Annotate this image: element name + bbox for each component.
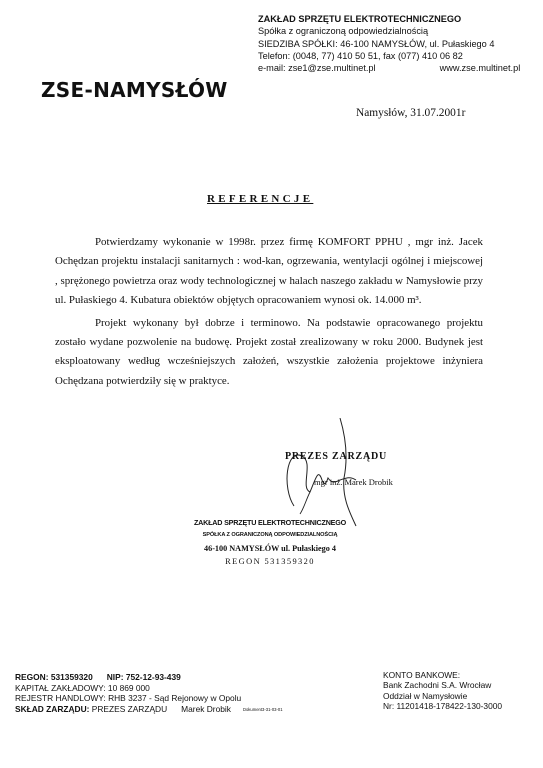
footer-company-info: REGON: 531359320NIP: 752-12-93-439 KAPIT… — [15, 672, 283, 715]
footer-capital: KAPITAŁ ZAKŁADOWY: 10 869 000 — [15, 683, 283, 694]
company-contact: e-mail: zse1@zse.multinet.plwww.zse.mult… — [258, 62, 520, 74]
stamp-line-4: REGON 531359320 — [170, 555, 370, 568]
stamp-line-1: ZAKŁAD SPRZĘTU ELEKTROTECHNICZNEGO — [170, 516, 370, 529]
signature-title: PREZES ZARZĄDU — [285, 451, 387, 462]
brand-logo: ZSE-NAMYSŁÓW — [41, 78, 228, 102]
signature-name: mgr inż. Marek Drobik — [314, 477, 393, 487]
document-reference: Dokument3-31-03-01 — [243, 705, 283, 716]
company-stamp: ZAKŁAD SPRZĘTU ELEKTROTECHNICZNEGO SPÓŁK… — [170, 516, 370, 568]
bank-name: Bank Zachodni S.A. Wrocław — [383, 680, 502, 690]
company-website: www.zse.multinet.pl — [440, 62, 521, 74]
company-email: e-mail: zse1@zse.multinet.pl — [258, 63, 376, 73]
nip-value: 752-12-93-439 — [126, 672, 181, 682]
regon-value: 531359320 — [51, 672, 93, 682]
handwritten-signature-icon — [280, 418, 400, 528]
bank-branch: Oddział w Namysłowie — [383, 691, 502, 701]
paragraph-1: Potwierdzamy wykonanie w 1998r. przez fi… — [55, 233, 483, 311]
stamp-line-3: 46-100 NAMYSŁÓW ul. Pułaskiego 4 — [170, 542, 370, 555]
company-address: SIEDZIBA SPÓŁKI: 46-100 NAMYSŁÓW, ul. Pu… — [258, 38, 520, 50]
letterhead: ZAKŁAD SPRZĘTU ELEKTROTECHNICZNEGO Spółk… — [258, 13, 520, 74]
footer-board: SKŁAD ZARZĄDU: PREZES ZARZĄDUMarek Drobi… — [15, 704, 283, 715]
date-line: Namysłów, 31.07.2001r — [356, 107, 465, 119]
footer-bank-info: KONTO BANKOWE: Bank Zachodni S.A. Wrocła… — [383, 670, 502, 712]
board-member-name: Marek Drobik — [181, 704, 231, 714]
company-type: Spółka z ograniczoną odpowiedzialnością — [258, 25, 520, 37]
letter-body: Potwierdzamy wykonanie w 1998r. przez fi… — [55, 233, 483, 391]
stamp-line-2: SPÓŁKA Z OGRANICZONĄ ODPOWIEDZIALNOŚCIĄ — [170, 529, 370, 542]
company-phone: Telefon: (0048, 77) 410 50 51, fax (077)… — [258, 50, 520, 62]
footer-ids: REGON: 531359320NIP: 752-12-93-439 — [15, 672, 283, 683]
bank-account: Nr: 11201418-178422-130-3000 — [383, 701, 502, 711]
paragraph-2: Projekt wykonany był dobrze i terminowo.… — [55, 314, 483, 392]
document-title: REFERENCJE — [207, 193, 313, 205]
company-name: ZAKŁAD SPRZĘTU ELEKTROTECHNICZNEGO — [258, 13, 520, 25]
footer-register: REJESTR HANDLOWY: RHB 3237 - Sąd Rejonow… — [15, 693, 283, 704]
